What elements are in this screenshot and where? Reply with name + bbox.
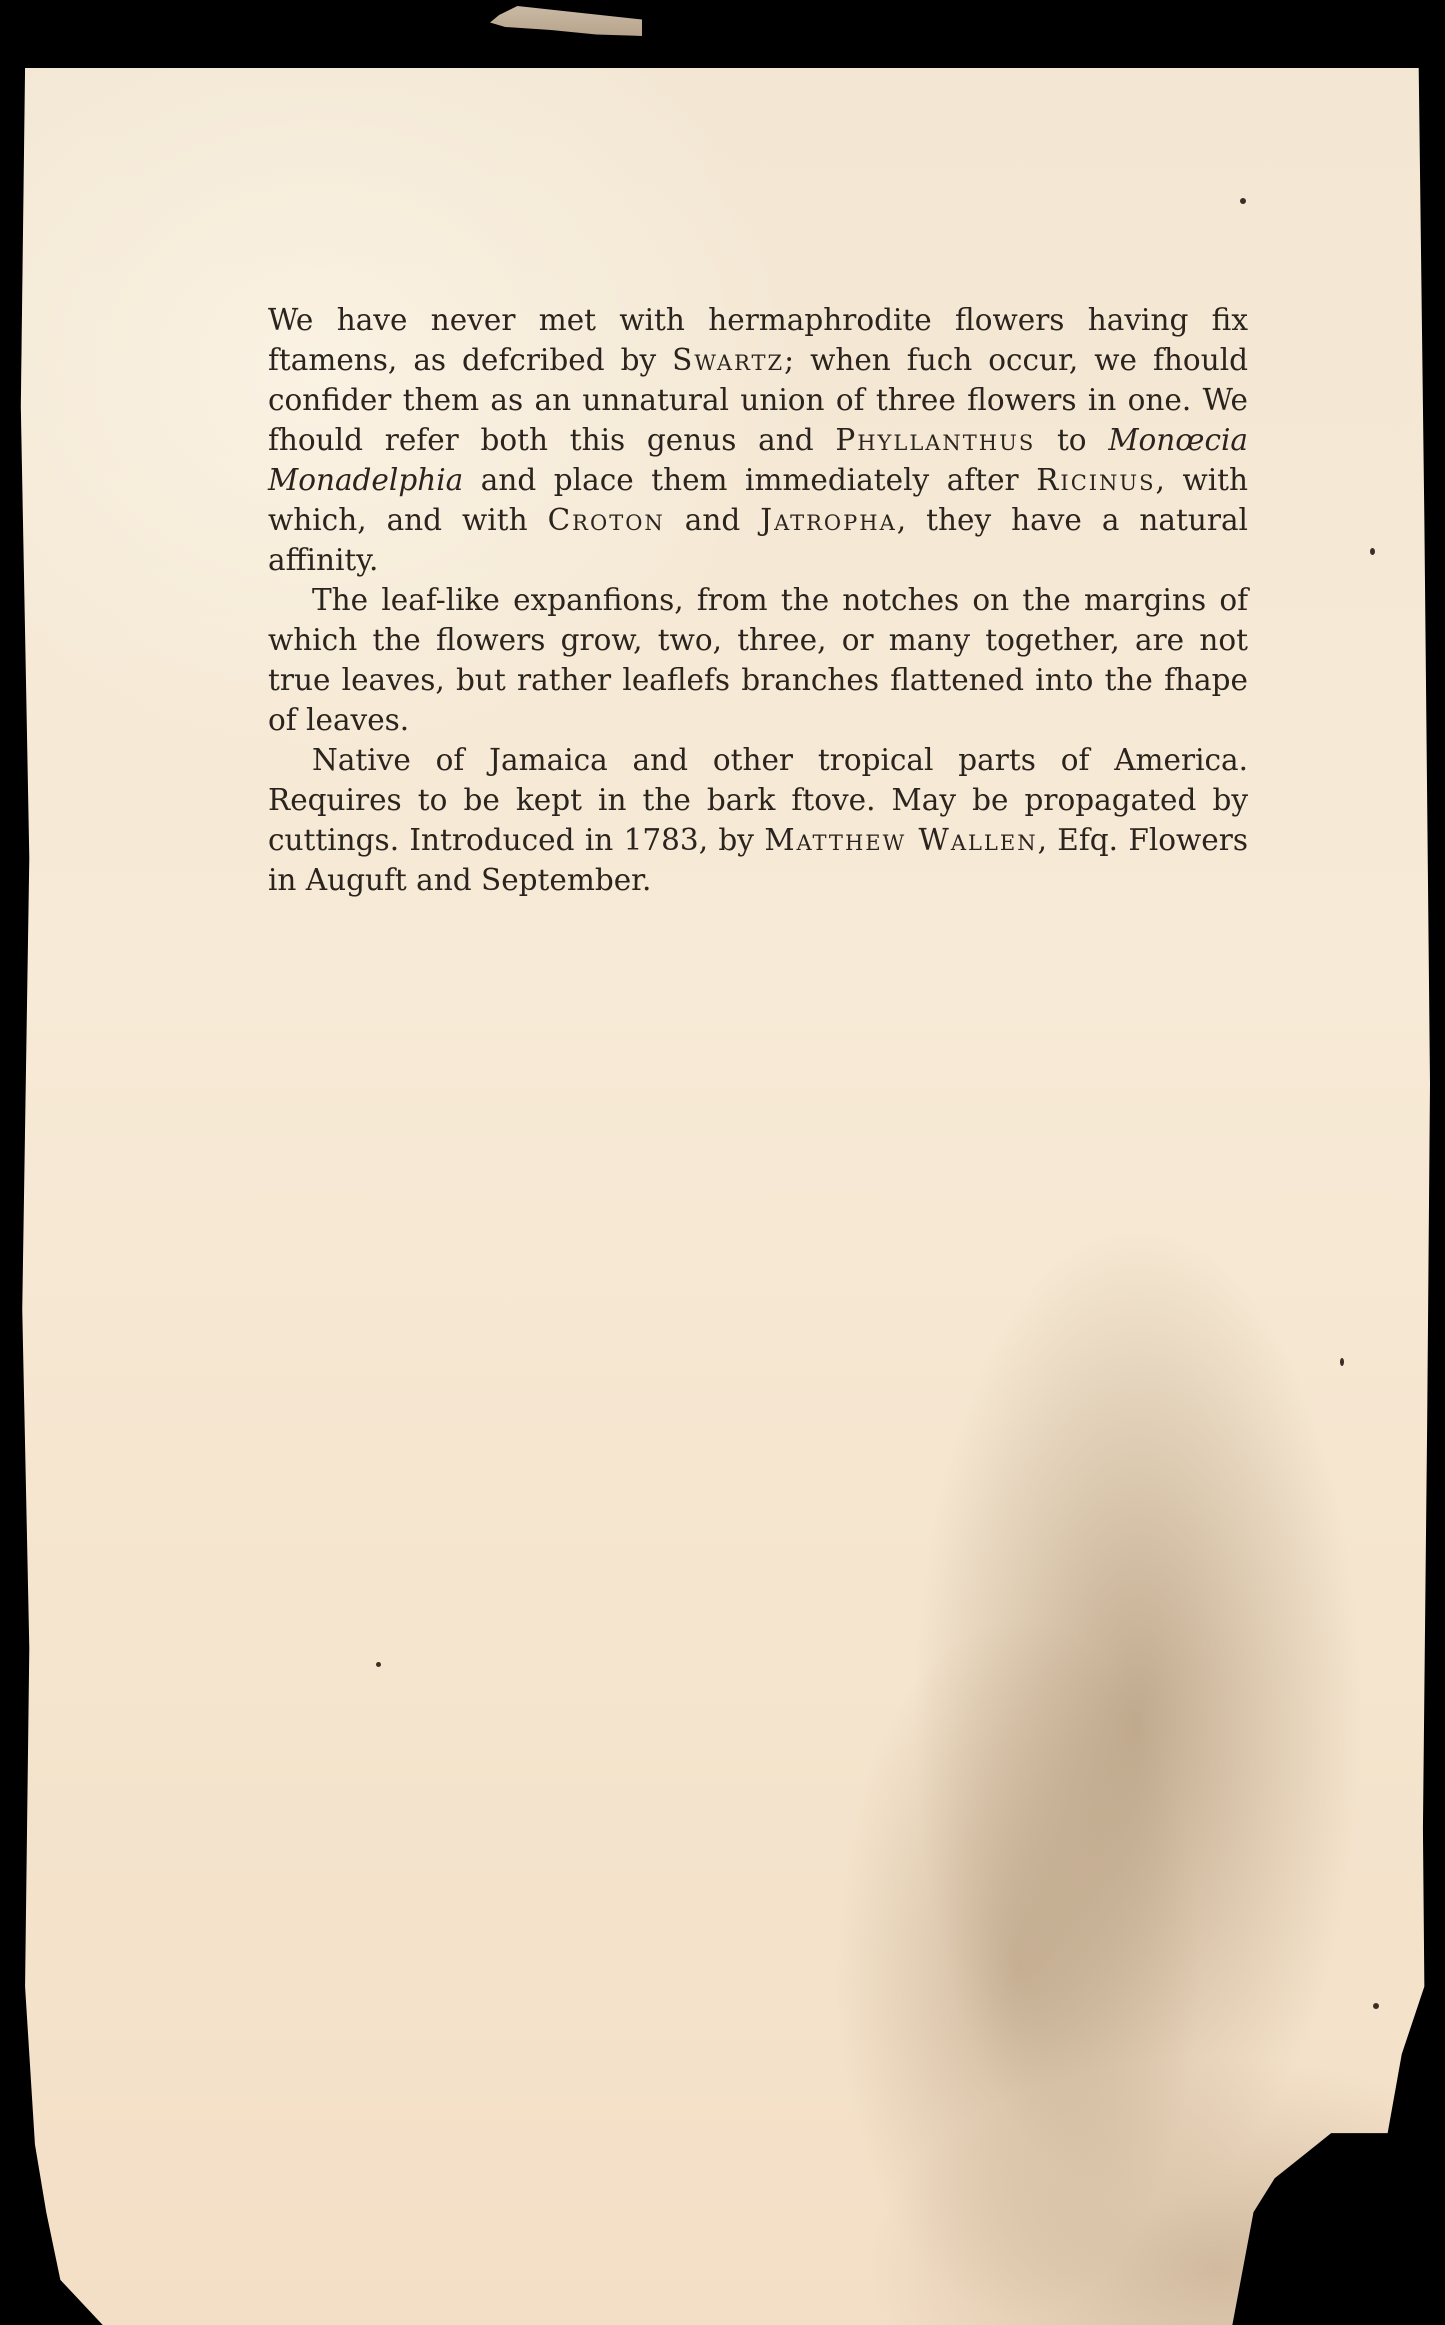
text-run: The leaf-like expanfions, from the notch…: [268, 583, 1248, 737]
foxing-speck: [1240, 198, 1246, 204]
body-text: We have never met with hermaphrodite flo…: [268, 300, 1248, 900]
foxing-speck: [376, 1662, 381, 1667]
author-name-swartz: Swartz: [672, 343, 784, 377]
genus-jatropha: Jatropha: [760, 503, 897, 537]
text-run: and place them immediately after: [463, 463, 1036, 497]
genus-croton: Croton: [548, 503, 665, 537]
text-run: and: [665, 503, 760, 537]
paragraph-2: The leaf-like expanfions, from the notch…: [268, 580, 1248, 740]
paper-scrap-fragment: [490, 6, 642, 36]
person-matthew-wallen: Matthew Wallen: [764, 823, 1037, 857]
paragraph-1: We have never met with hermaphrodite flo…: [268, 300, 1248, 580]
paragraph-3: Native of Jamaica and other tropical par…: [268, 740, 1248, 900]
foxing-speck: [1373, 2003, 1379, 2009]
foxing-speck: [1340, 1358, 1344, 1366]
text-run: to: [1035, 423, 1108, 457]
genus-phyllanthus: Phyllanthus: [835, 423, 1035, 457]
foxing-speck: [1370, 548, 1375, 555]
genus-ricinus: Ricinus: [1036, 463, 1155, 497]
